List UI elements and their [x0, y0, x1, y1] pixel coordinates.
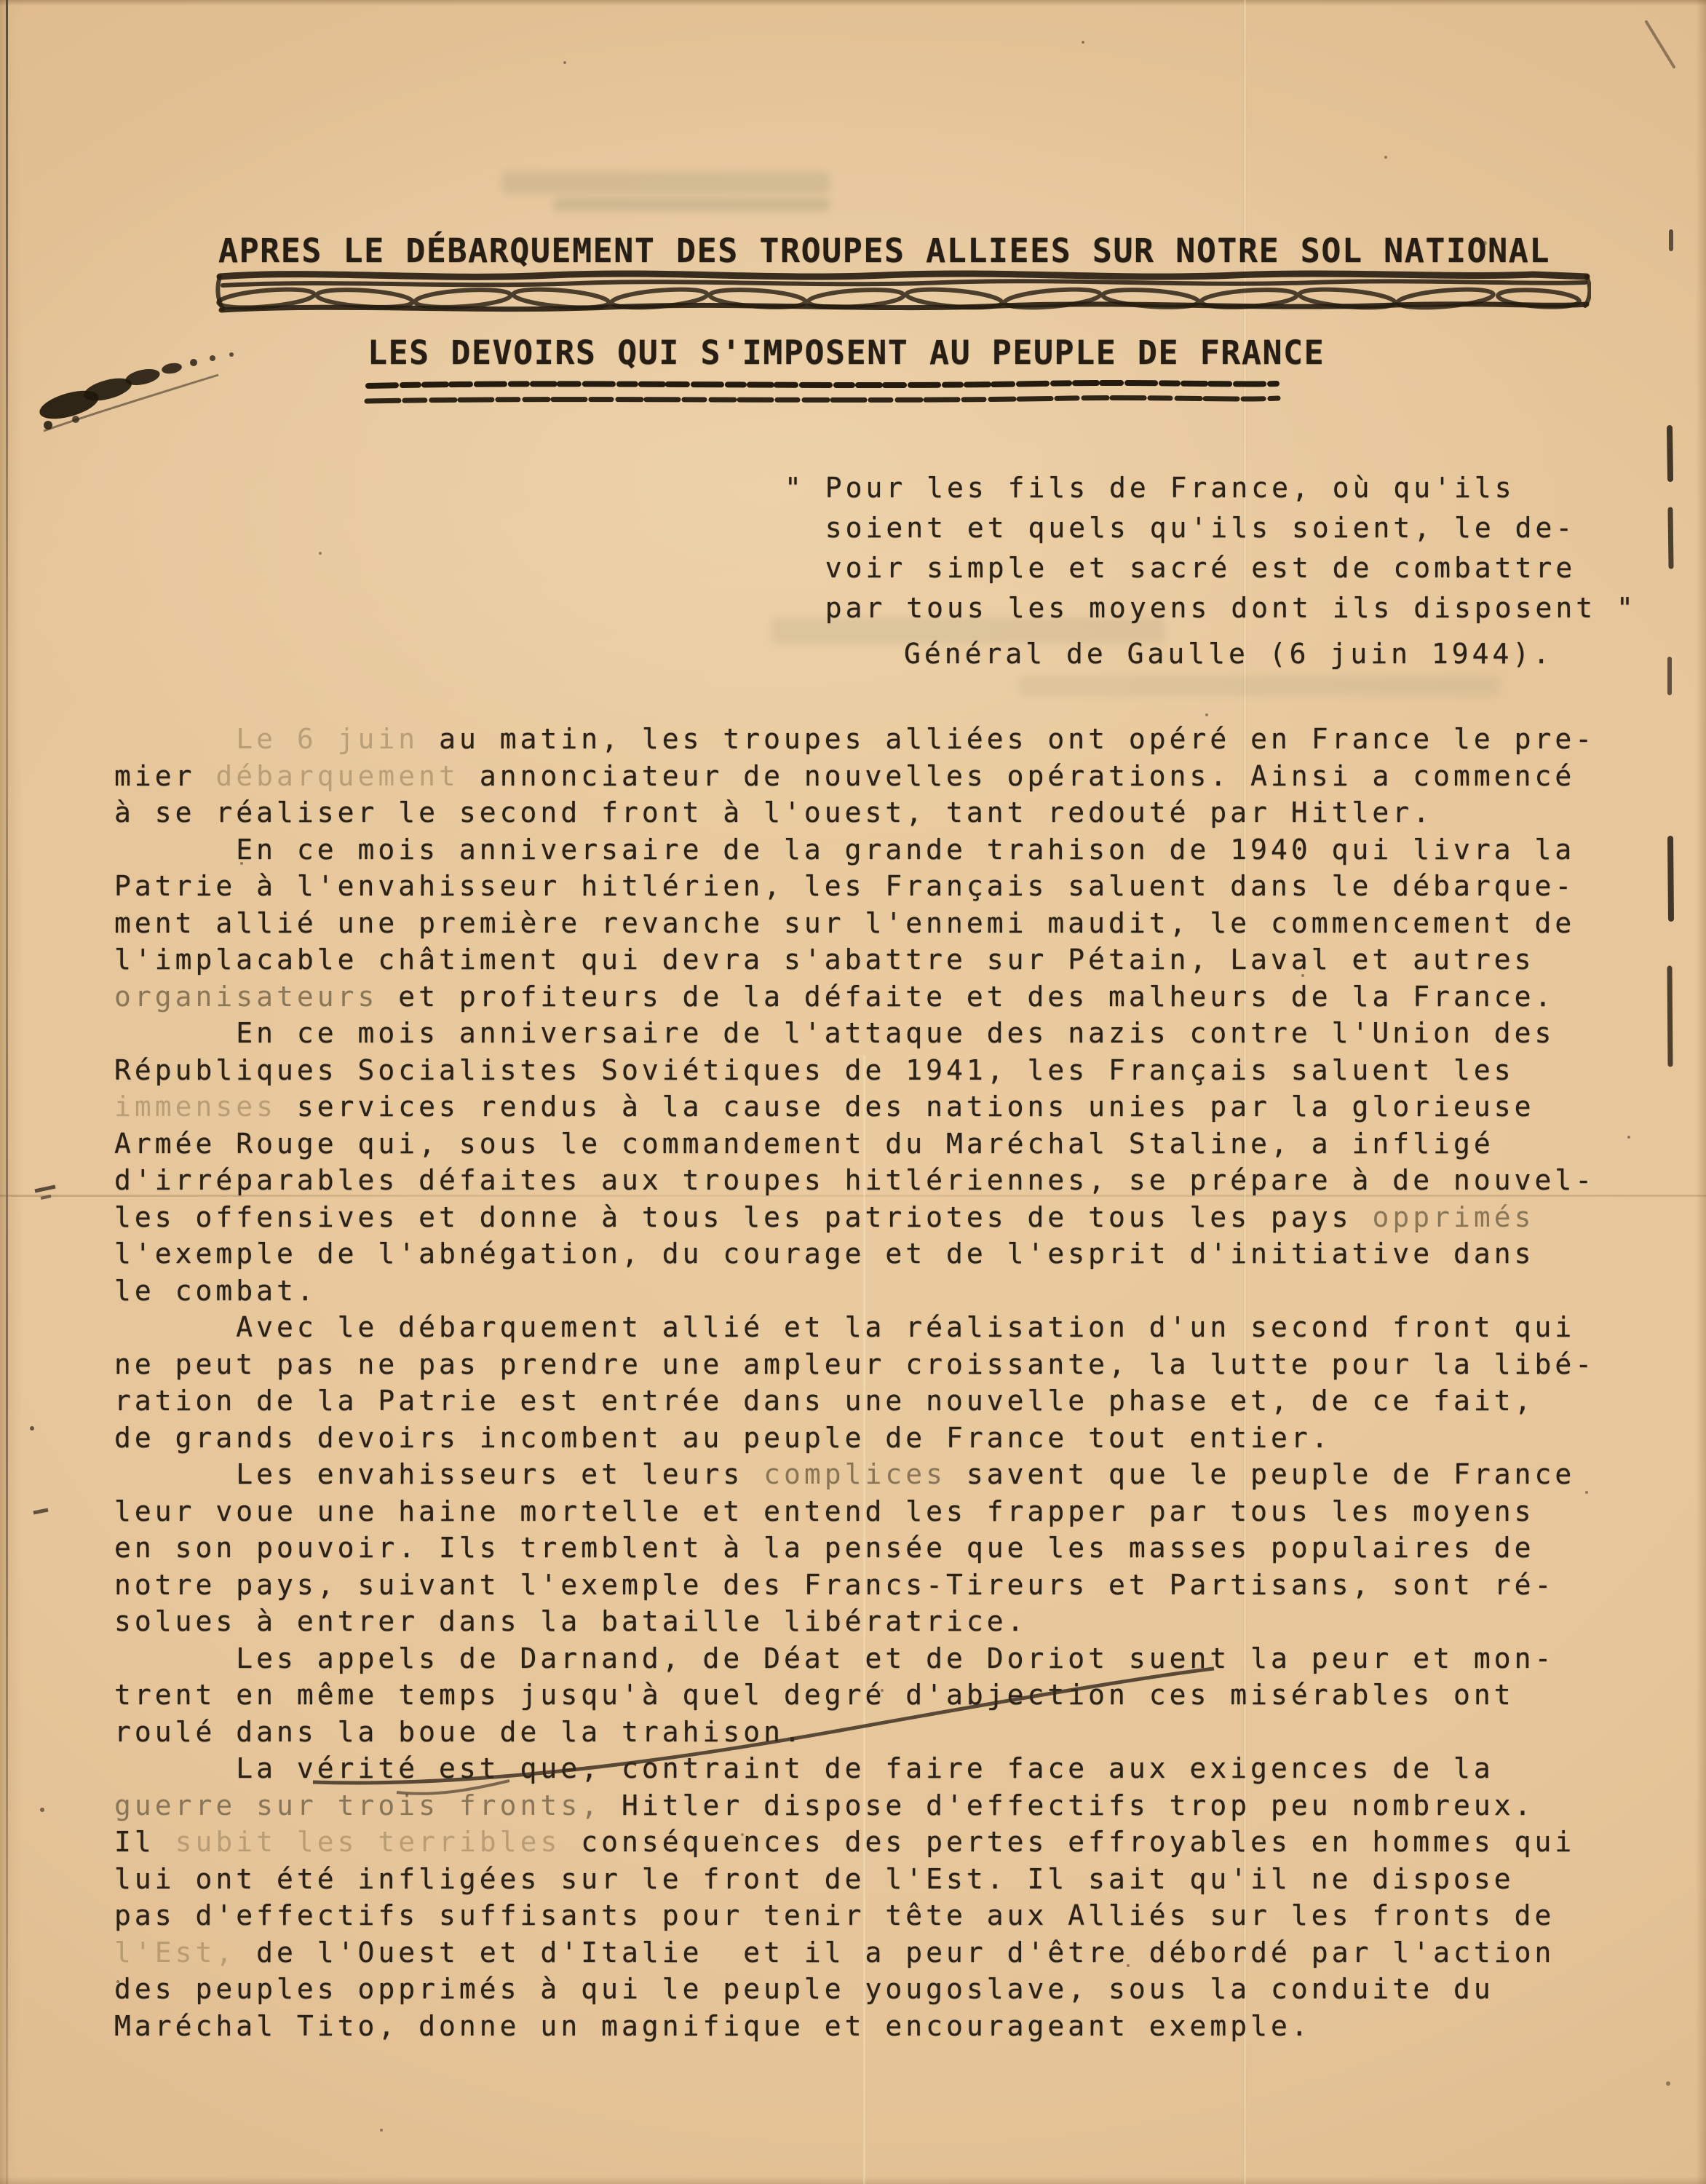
body-line: La vérité est que, contraint de faire fa… — [114, 1750, 1595, 1787]
quote-line: " Pour les fils de France, où qu'ils — [785, 468, 1637, 508]
body-text: Le 6 juin au matin, les troupes alliées … — [114, 721, 1595, 2044]
body-line: le combat. — [114, 1273, 1595, 1310]
right-edge-marks — [1646, 22, 1674, 1064]
paragraph: Les appels de Darnand, de Déat et de Dor… — [114, 1640, 1595, 1751]
faded-ink-text: Le 6 juin — [236, 723, 418, 755]
body-line: notre pays, suivant l'exemple des Francs… — [114, 1567, 1595, 1604]
page-left-edge-line — [6, 0, 8, 2184]
page-right-edge-shadow — [1696, 0, 1706, 2184]
body-line: Le 6 juin au matin, les troupes alliées … — [114, 721, 1595, 758]
paragraph: Avec le débarquement allié et la réalisa… — [114, 1309, 1595, 1456]
body-line: l'implacable châtiment qui devra s'abatt… — [114, 941, 1595, 978]
body-line: organisateurs et profiteurs de la défait… — [114, 978, 1595, 1016]
paragraph: La vérité est que, contraint de faire fa… — [114, 1750, 1595, 2044]
body-line: trent en même temps jusqu'à quel degré d… — [114, 1677, 1595, 1714]
body-line: des peuples opprimés à qui le peuple you… — [114, 1971, 1595, 2008]
faded-ink-text: opprimés — [1372, 1201, 1534, 1233]
epigraph-quote: " Pour les fils de France, où qu'ils soi… — [785, 468, 1637, 672]
title-underline-flourish — [215, 266, 1591, 319]
body-line: Les envahisseurs et leurs complices save… — [114, 1456, 1595, 1493]
body-line: ne peut pas ne pas prendre une ampleur c… — [114, 1346, 1595, 1383]
faded-ink-text: guerre sur trois fronts, — [114, 1789, 601, 1821]
faded-ink-text: débarquement — [215, 760, 459, 792]
ink-blot — [36, 352, 234, 431]
document-subtitle: LES DEVOIRS QUI S'IMPOSENT AU PEUPLE DE … — [368, 333, 1325, 372]
body-line: Maréchal Tito, donne un magnifique et en… — [114, 2008, 1595, 2045]
body-line: Avec le débarquement allié et la réalisa… — [114, 1309, 1595, 1346]
body-line: immenses services rendus à la cause des … — [114, 1088, 1595, 1125]
body-line: de grands devoirs incombent au peuple de… — [114, 1420, 1595, 1457]
subtitle-underline — [364, 379, 1282, 408]
body-line: pas d'effectifs suffisants pour tenir tê… — [114, 1897, 1595, 1934]
quote-attribution: Général de Gaulle (6 juin 1944). — [904, 636, 1637, 672]
quote-line: soient et quels qu'ils soient, le de- — [785, 508, 1637, 548]
paragraph: En ce mois anniversaire de la grande tra… — [114, 831, 1595, 1016]
faded-ink-text: organisateurs — [114, 981, 378, 1013]
body-line: solues à entrer dans la bataille libérat… — [114, 1603, 1595, 1640]
document-title: APRES LE DÉBARQUEMENT DES TROUPES ALLIEE… — [218, 232, 1550, 270]
body-line: en son pouvoir. Ils tremblent à la pensé… — [114, 1530, 1595, 1567]
page-left-edge-shadow — [0, 0, 22, 2184]
body-line: roulé dans la boue de la trahison. — [114, 1714, 1595, 1751]
margin-pen-marks — [30, 1187, 55, 1812]
faded-ink-text: l'Est, — [114, 1936, 236, 1969]
document-page: APRES LE DÉBARQUEMENT DES TROUPES ALLIEE… — [0, 0, 1706, 2184]
body-line: Armée Rouge qui, sous le commandement du… — [114, 1125, 1595, 1163]
body-line: Il subit les terribles conséquences des … — [114, 1824, 1595, 1861]
body-line: l'Est, de l'Ouest et d'Italie et il a pe… — [114, 1934, 1595, 1971]
body-line: d'irréparables défaites aux troupes hitl… — [114, 1162, 1595, 1199]
faded-ink-text: complices — [763, 1458, 946, 1490]
faded-ink-text: subit les terribles — [175, 1826, 561, 1858]
body-line: En ce mois anniversaire de la grande tra… — [114, 831, 1595, 869]
body-line: ment allié une première revanche sur l'e… — [114, 905, 1595, 942]
page-top-edge-shadow — [0, 0, 1706, 6]
body-line: En ce mois anniversaire de l'attaque des… — [114, 1015, 1595, 1052]
body-line: ration de la Patrie est entrée dans une … — [114, 1382, 1595, 1420]
paragraph: Le 6 juin au matin, les troupes alliées … — [114, 721, 1595, 831]
bleedthrough-ghost-underline — [553, 198, 830, 211]
quote-line: par tous les moyens dont ils disposent " — [785, 588, 1637, 628]
body-line: leur voue une haine mortelle et entend l… — [114, 1493, 1595, 1530]
bleedthrough-ghost-text — [502, 172, 830, 194]
body-line: mier débarquement annonciateur de nouvel… — [114, 758, 1595, 795]
bleedthrough-ghost-text — [1019, 676, 1499, 696]
body-line: Républiques Socialistes Soviétiques de 1… — [114, 1052, 1595, 1089]
body-line: Les appels de Darnand, de Déat et de Dor… — [114, 1640, 1595, 1677]
page-bottom-edge-shadow — [0, 2177, 1706, 2184]
body-line: guerre sur trois fronts, Hitler dispose … — [114, 1787, 1595, 1824]
body-line: à se réaliser le second front à l'ouest,… — [114, 794, 1595, 831]
body-line: les offensives et donne à tous les patri… — [114, 1199, 1595, 1236]
quote-line: voir simple et sacré est de combattre — [785, 548, 1637, 588]
body-line: lui ont été infligées sur le front de l'… — [114, 1861, 1595, 1898]
paragraph: Les envahisseurs et leurs complices save… — [114, 1456, 1595, 1640]
faded-ink-text: immenses — [114, 1091, 277, 1123]
quote-lines: " Pour les fils de France, où qu'ils soi… — [785, 468, 1637, 628]
body-line: l'exemple de l'abnégation, du courage et… — [114, 1235, 1595, 1273]
body-line: Patrie à l'envahisseur hitlérien, les Fr… — [114, 868, 1595, 905]
paragraph: En ce mois anniversaire de l'attaque des… — [114, 1015, 1595, 1309]
